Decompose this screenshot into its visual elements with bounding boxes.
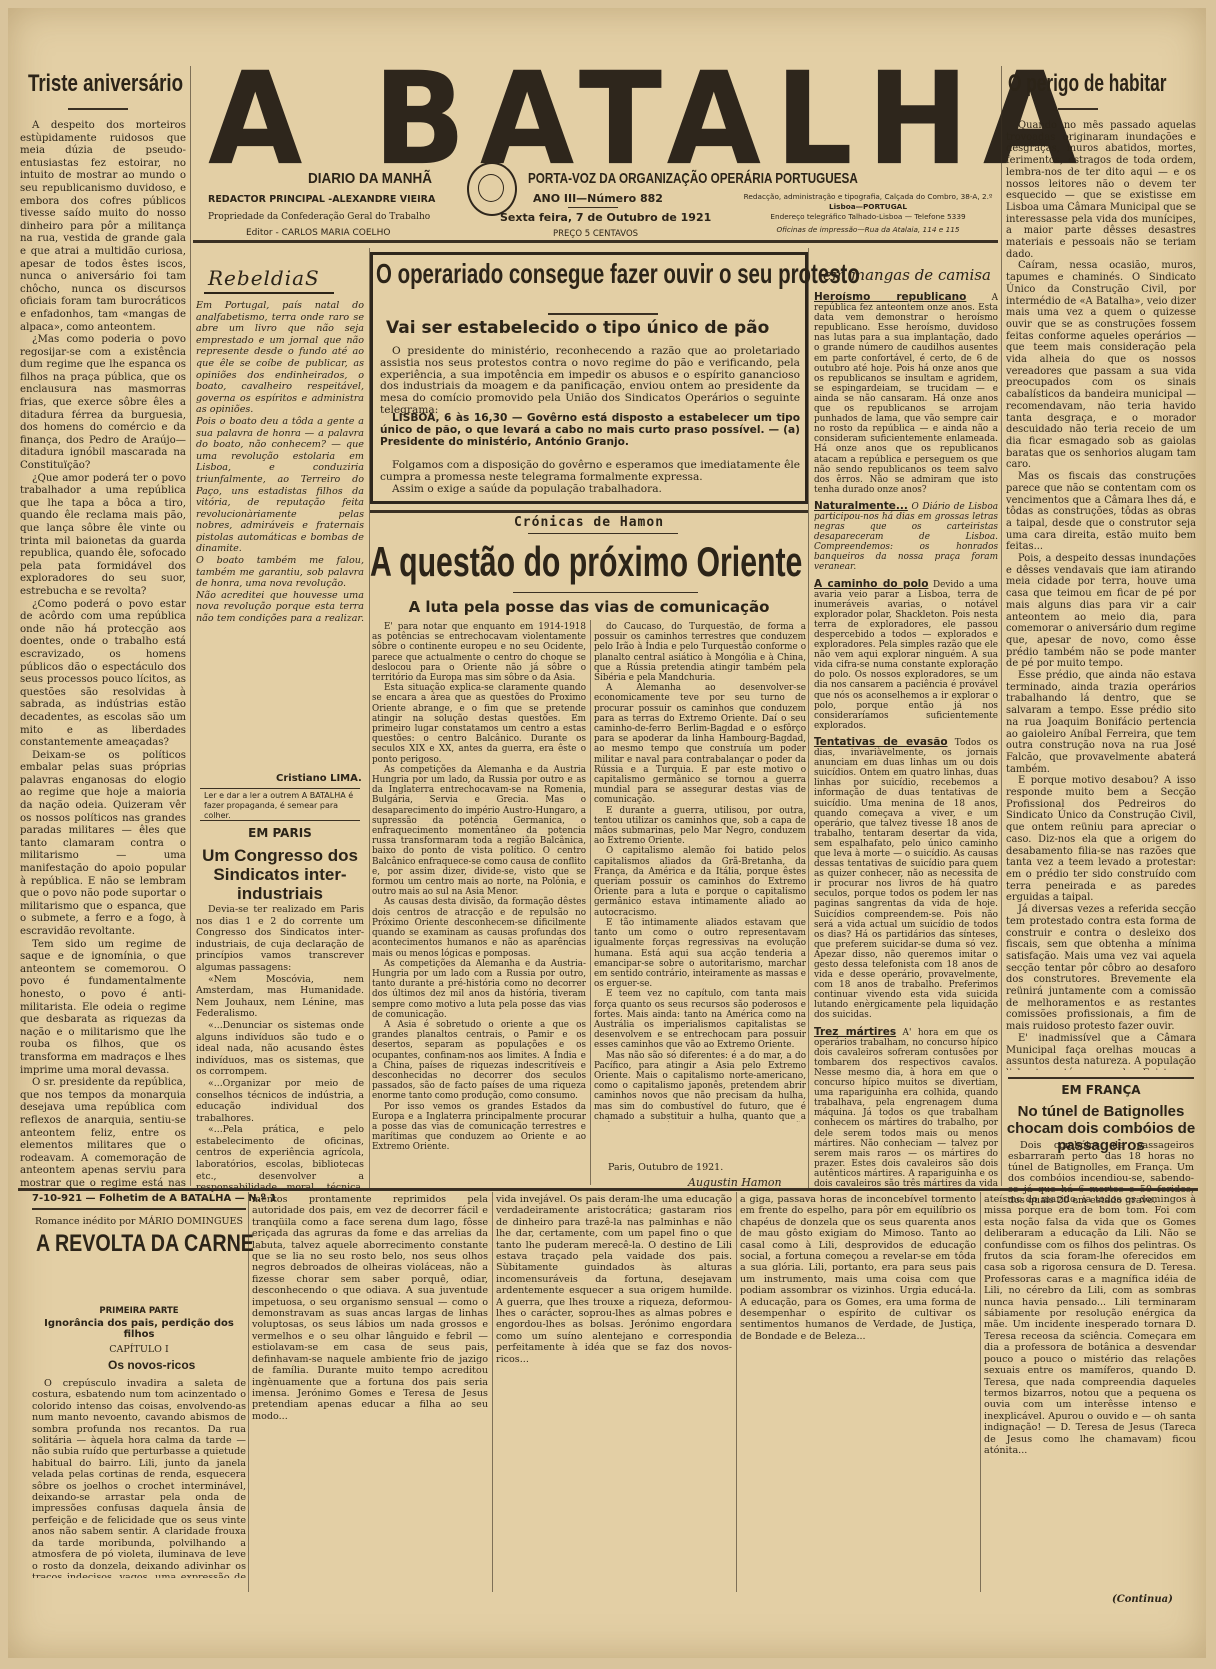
folhetim-part-title: Ignorância dos pais, perdição dos filhos <box>28 1318 250 1340</box>
address-line-4: Oficinas de impressão—Rua da Atalaia, 11… <box>738 225 998 235</box>
section-head: Trez mártires <box>814 1026 896 1038</box>
issue-number: ANO III—Número 882 <box>533 192 663 205</box>
paragraph: mentos prontamente reprimidos pela autor… <box>252 1194 488 1422</box>
paragraph: E' para notar que enquanto em 1914-1918 … <box>372 622 586 683</box>
main-headline: O operariado consegue fazer ouvir o seu … <box>376 258 860 290</box>
left-ear-title: Triste aniversário <box>28 70 190 98</box>
main-telegram: LISBOA, 6 às 16,30 — Govêrno está dispos… <box>380 412 800 448</box>
paragraph: O sr. presidente da república, que nos t… <box>20 1077 186 1188</box>
section-text: A' hora em que os operários trabalham, n… <box>814 1028 998 1187</box>
paragraph: Esta situação explica-se claramente quan… <box>372 683 586 765</box>
hamon-subtitle: A luta pela posse das vias de comunicaçã… <box>370 598 808 616</box>
paragraph: E teem vez no capítulo, com tanta mais f… <box>594 989 806 1050</box>
paragraph: E tão intimamente aliados estavam que ta… <box>594 918 806 989</box>
property-line: Propriedade da Confederação Geral do Tra… <box>208 212 430 222</box>
address-block: Redacção, administração e tipografia, Ca… <box>738 192 998 235</box>
paragraph: ¿Como poderá o povo estar de acôrdo com … <box>20 599 186 750</box>
em-paris-title-text: Um Congresso dos Sindicatos inter-indust… <box>202 846 358 903</box>
em-paris-title: Um Congresso dos Sindicatos inter-indust… <box>196 846 364 903</box>
paragraph: Por isso vemos os grandes Estados da Eur… <box>372 1102 586 1153</box>
section-text: A república fez anteontem onze anos. Est… <box>814 293 998 495</box>
main-closing: Folgamos com a disposição do govêrno e e… <box>380 460 800 495</box>
section-text: O Diário de Lisboa participou-nos há dia… <box>814 502 998 573</box>
paragraph: O capitalismo alemão foi batido pelos ca… <box>594 846 806 917</box>
rebeldias-signature: Cristiano LIMA. <box>276 773 362 784</box>
paragraph: vida invejável. Os pais deram-lhe uma ed… <box>496 1194 732 1365</box>
paragraph: As causas desta divisão, da formação dês… <box>372 897 586 958</box>
folhetim-header: 7-10-921 — Folhetim de A BATALHA — N.º 1 <box>32 1193 276 1204</box>
hamon-dateline: Paris, Outubro de 1921. <box>608 1162 723 1173</box>
issue-price: PREÇO 5 CENTAVOS <box>553 229 638 239</box>
address-line-3: Endereço telegráfico Talhado-Lisboa — Te… <box>738 212 998 222</box>
paragraph: Caíram, nessa ocasião, muros, tapumes e … <box>1006 260 1196 471</box>
seal-emblem-icon <box>467 162 517 216</box>
issue-date: Sexta feira, 7 de Outubro de 1921 <box>500 211 711 224</box>
folhetim-continues: (Continua) <box>1112 1594 1173 1605</box>
section-text: Todos os dias, invariàvelmente, os jorna… <box>814 738 998 1021</box>
article-em-paris: Devia-se ter realizado em Paris nos dias… <box>196 904 364 1194</box>
hamon-kicker: Crónicas de Hamon <box>370 515 808 530</box>
paragraph: Esse prédio, que ainda não estava termin… <box>1006 670 1196 775</box>
paragraph: Folgamos com a disposição do govêrno e e… <box>380 460 800 484</box>
hamon-column-1: E' para notar que enquanto em 1914-1918 … <box>372 622 586 1182</box>
redactor-line: REDACTOR PRINCIPAL -ALEXANDRE VIEIRA <box>208 194 435 205</box>
paragraph: Não acreditei que houvesse uma nova revo… <box>196 590 364 625</box>
article-perigo-de-habitar: Quando no mês passado aquelas trovoadas … <box>1006 120 1196 1070</box>
paragraph: O boato também me falou, também me garan… <box>196 555 364 590</box>
paragraph: «...Organizar por meio de conselhos técn… <box>196 1078 364 1124</box>
paragraph: «Nem Moscóvia, nem Amsterdam, mas Humani… <box>196 974 364 1020</box>
paragraph: ¿Mas como poderia o povo regosijar-se co… <box>20 334 186 473</box>
em-mangas-title: em mangas de camisa <box>823 266 991 284</box>
folhetim-title: A REVOLTA DA CARNE <box>36 1230 254 1258</box>
paragraph: Devia-se ter realizado em Paris nos dias… <box>196 904 364 974</box>
folhetim-chapter: CAPÍTULO I <box>32 1344 246 1355</box>
address-line-2: Lisboa—PORTUGAL <box>738 202 998 212</box>
main-intro: O presidente do ministério, reconhecendo… <box>380 346 800 417</box>
paragraph: do Caucaso, do Turquestão, de forma a po… <box>594 622 806 683</box>
paragraph: Tem sido um regime de saque e de ignomín… <box>20 939 186 1078</box>
masthead-subtitle-right: PORTA-VOZ DA ORGANIZAÇÃO OPERÁRIA PORTUG… <box>528 170 858 187</box>
em-paris-kicker: EM PARIS <box>196 826 364 840</box>
masthead-subtitle-left: DIARIO DA MANHÃ <box>308 170 432 187</box>
paragraph: ateísmo do marido, ia todos os domingos … <box>984 1194 1196 1456</box>
section-head: A caminho do polo <box>814 578 928 590</box>
paragraph: Já diversas vezes a referida secção tem … <box>1006 904 1196 1033</box>
rebeldias-title: RebeldiaS <box>204 266 334 294</box>
paragraph: «...Pela prática, e pelo estabelecimento… <box>196 1124 364 1194</box>
section-tentativas-de-evasao: Tentativas de evasão Todos os dias, inva… <box>814 737 998 1021</box>
paragraph: Pois o boato deu a tôda a gente a sua pa… <box>196 416 364 555</box>
paragraph: E durante a guerra, utilisou, por outra,… <box>594 806 806 847</box>
folhetim-column-5: ateísmo do marido, ia todos os domingos … <box>984 1194 1196 1574</box>
hamon-column-2: do Caucaso, do Turquestão, de forma a po… <box>594 622 806 1122</box>
section-text: Devido a uma avaria veio parar a Lisboa,… <box>814 580 998 731</box>
hamon-title: A questão do próximo Oriente <box>370 538 802 586</box>
right-ear-title: O perigo de habitar <box>1008 70 1208 98</box>
section-head: Naturalmente... <box>814 500 908 512</box>
paragraph: As competições da Alemanha e da Austria-… <box>372 959 586 1020</box>
paragraph: E' inadmissível que a Câmara Municipal f… <box>1006 1033 1196 1070</box>
promo-box: Ler e dar a ler a outrem A BATALHA é faz… <box>204 791 360 821</box>
section-naturalmente: Naturalmente... O Diário de Lisboa parti… <box>814 501 998 573</box>
article-triste-aniversario: A despeito dos morteiros estùpidamente r… <box>20 120 186 1188</box>
paragraph: Em Portugal, país natal do analfabetismo… <box>196 300 364 416</box>
folhetim-chapter-title: Os novos-ricos <box>108 1358 195 1372</box>
paragraph: E porque motivo desabou? A isso responde… <box>1006 775 1196 904</box>
folhetim-byline: Romance inédito por MÁRIO DOMINGUES <box>32 1216 246 1227</box>
paragraph: «...Denunciar os sistemas onde alguns in… <box>196 1020 364 1078</box>
editor-line: Editor - CARLOS MARIA COELHO <box>246 228 390 238</box>
article-rebeldias: Em Portugal, país natal do analfabetismo… <box>196 300 364 625</box>
em-franca-kicker: EM FRANÇA <box>1006 1083 1196 1097</box>
paragraph: O presidente do ministério, reconhecendo… <box>380 346 800 417</box>
paragraph: Mas não são só diferentes: é a do mar, a… <box>594 1051 806 1122</box>
paragraph: A Alemanha ao desenvolver-se economicame… <box>594 683 806 805</box>
folhetim-column-3: vida invejável. Os pais deram-lhe uma ed… <box>496 1194 732 1590</box>
section-a-caminho-do-polo: A caminho do polo Devido a uma avaria ve… <box>814 579 998 731</box>
telegram-text: LISBOA, 6 às 16,30 — Govêrno está dispos… <box>380 412 800 448</box>
paragraph: a giga, passava horas de inconcebível to… <box>740 1194 976 1342</box>
address-line-1: Redacção, administração e tipografia, Ca… <box>738 192 998 202</box>
folhetim-column-2: mentos prontamente reprimidos pela autor… <box>252 1194 488 1590</box>
paragraph: Mas os fiscais das construções parece qu… <box>1006 471 1196 553</box>
em-mangas-sections: Heroísmo republicano A república fez ant… <box>814 292 998 1187</box>
newspaper-page: Triste aniversário A BATALHA O perigo de… <box>8 8 1206 1658</box>
section-trez-martires: Trez mártires A' hora em que os operário… <box>814 1027 998 1187</box>
paragraph: A despeito dos morteiros estùpidamente r… <box>20 120 186 334</box>
paragraph: As competições da Alemanha e da Austria … <box>372 765 586 898</box>
folhetim-part: PRIMEIRA PARTE <box>32 1306 246 1316</box>
paragraph: ¿Que amor poderá ter o povo trabalhador … <box>20 473 186 599</box>
paragraph: Deixam-se os políticos embalar pelas sua… <box>20 750 186 939</box>
paragraph: Pois, a despeito dessas inundações e dês… <box>1006 553 1196 670</box>
folhetim-column-1: O crepúsculo invadira a saleta de costur… <box>32 1378 246 1578</box>
paragraph: O crepúsculo invadira a saleta de costur… <box>32 1378 246 1578</box>
folhetim-column-4: a giga, passava horas de inconcebível to… <box>740 1194 976 1590</box>
section-heroismo: Heroísmo republicano A república fez ant… <box>814 292 998 495</box>
main-subhead: Vai ser estabelecido o tipo único de pão <box>386 318 769 338</box>
paragraph: Assim o exige a saúde da população traba… <box>380 484 800 496</box>
section-head: Tentativas de evasão <box>814 736 948 748</box>
paragraph: Quando no mês passado aquelas trovoadas … <box>1006 120 1196 260</box>
section-head: Heroísmo republicano <box>814 292 966 303</box>
paragraph: A Asia é sobretudo o oriente a que os gr… <box>372 1020 586 1102</box>
